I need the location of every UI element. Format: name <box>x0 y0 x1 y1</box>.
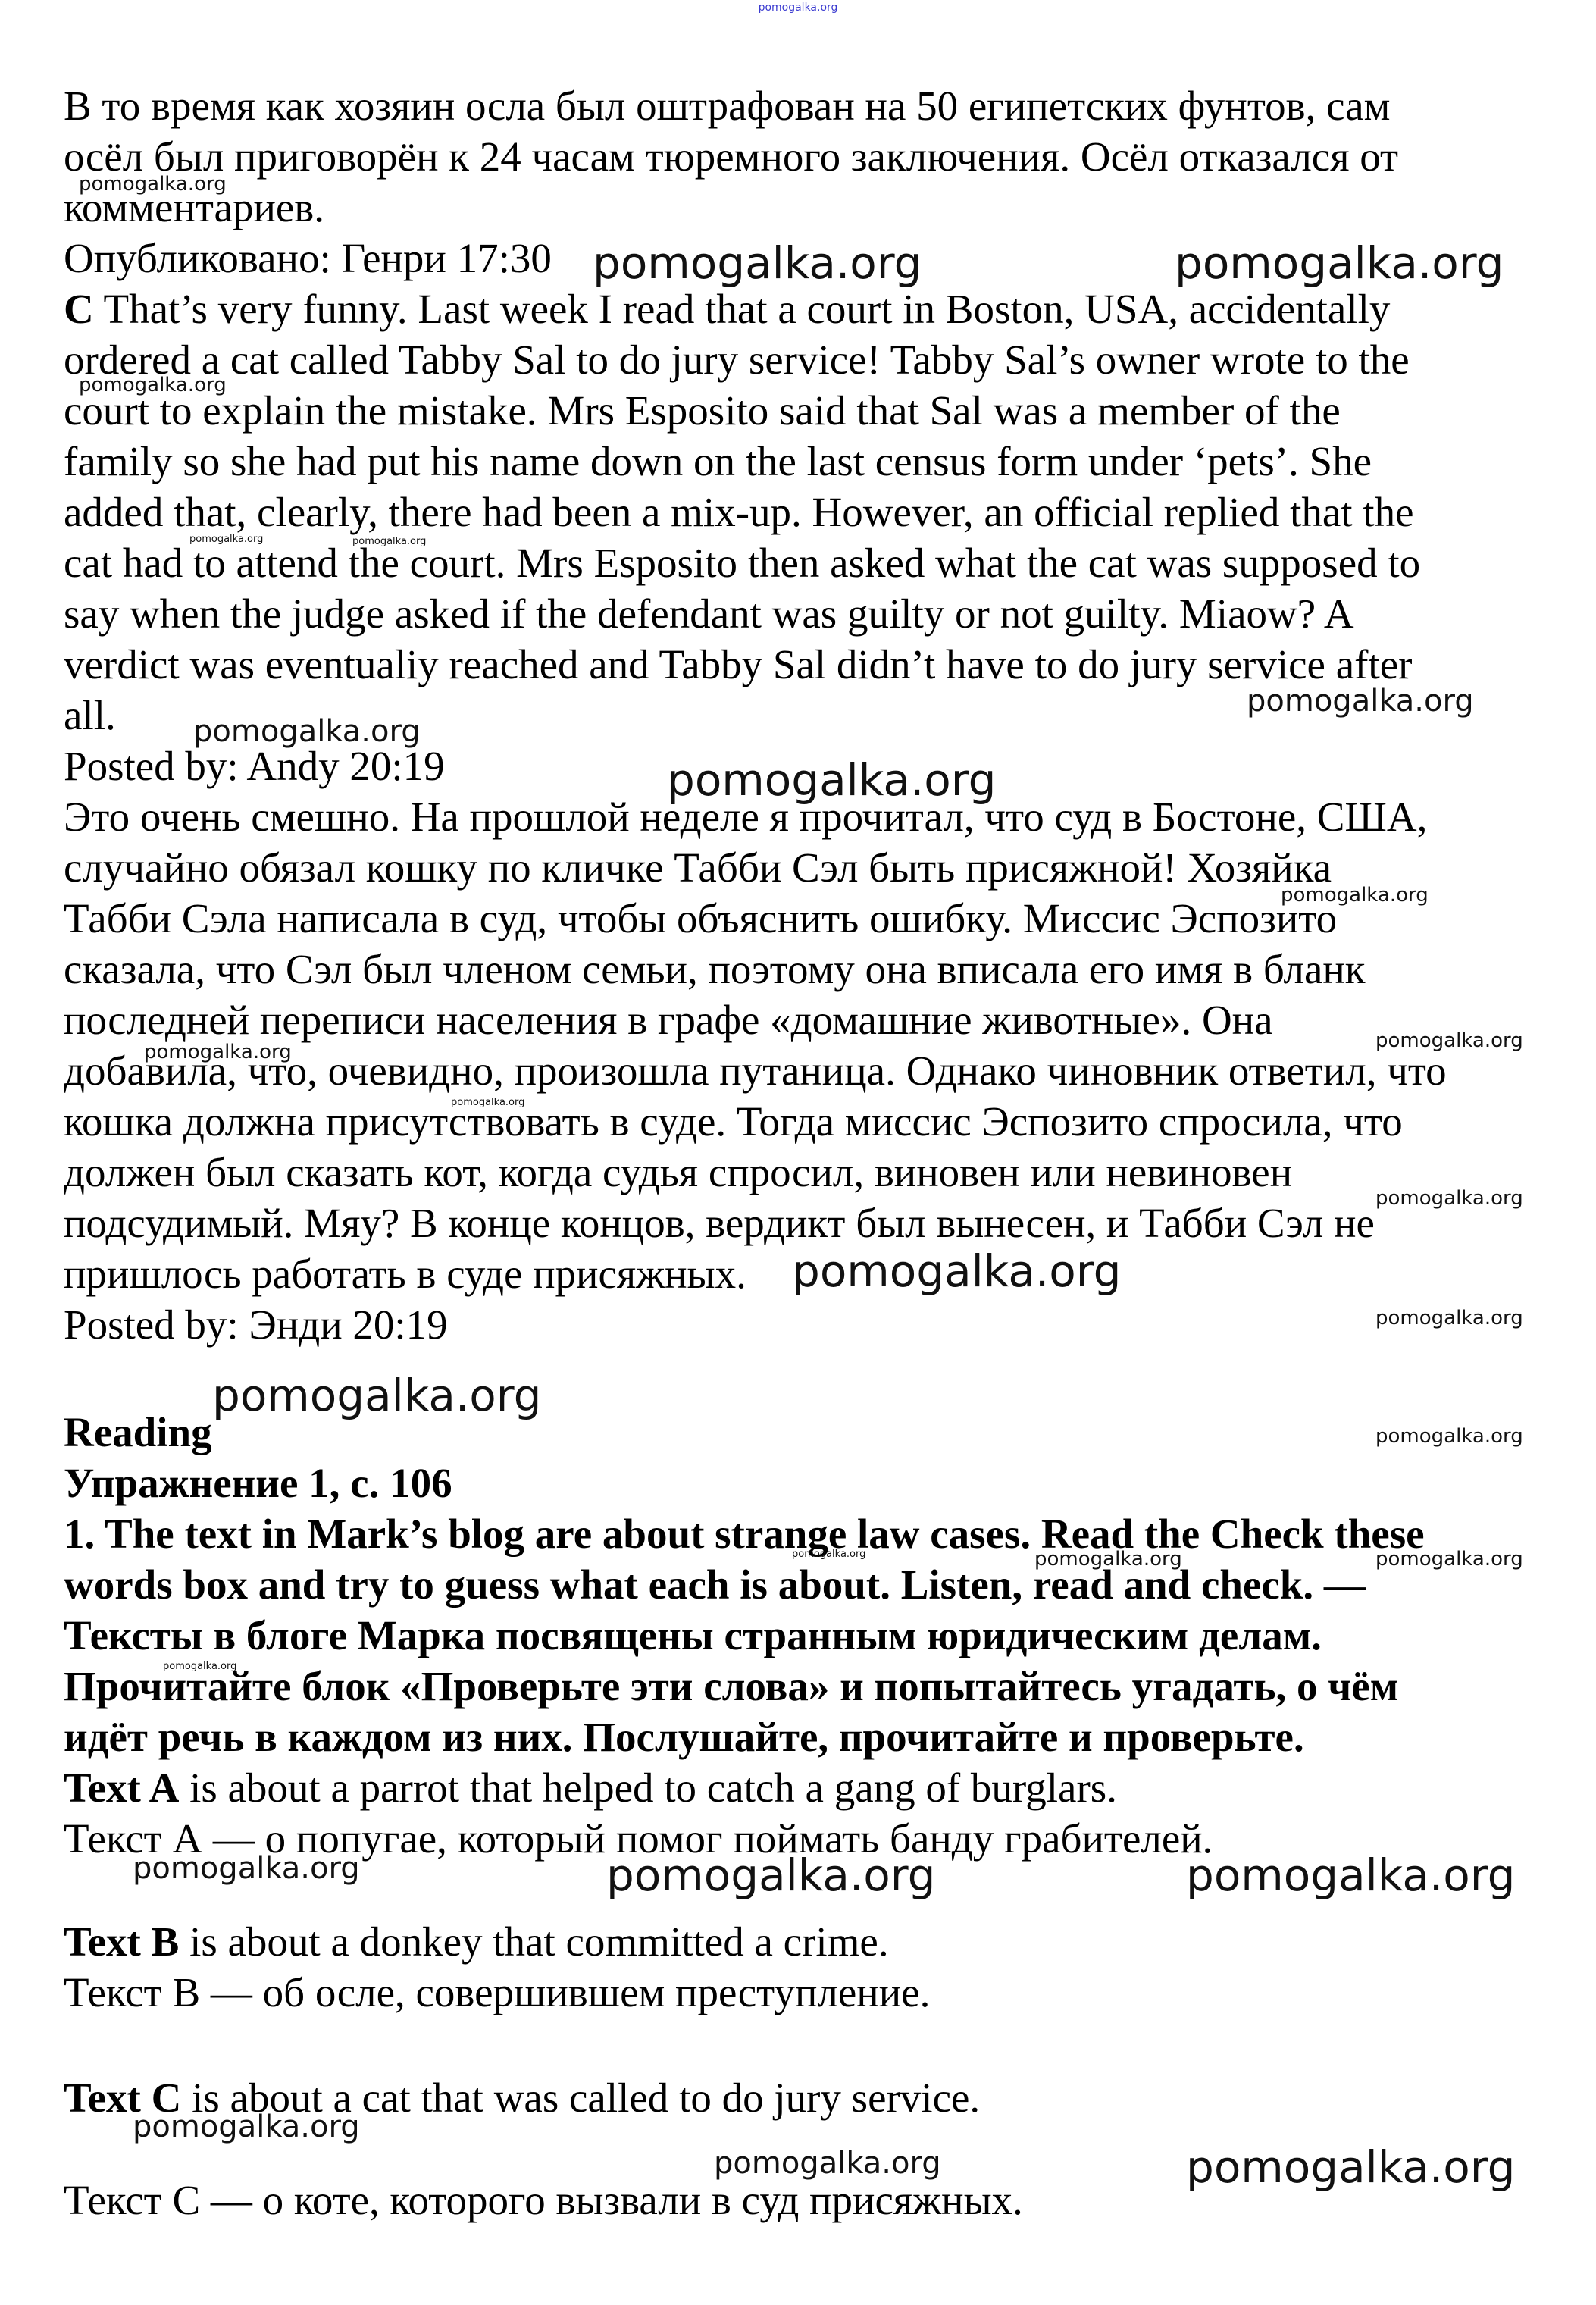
section-heading: Reading <box>64 1411 212 1453</box>
watermark: pomogalka.org <box>792 1249 1121 1293</box>
paragraph-line: случайно обязал кошку по кличке Табби Сэ… <box>64 847 1332 888</box>
post-signature: Опубликовано: Генри 17:30 <box>64 237 552 279</box>
paragraph-line: court to explain the mistake. Mrs Esposi… <box>64 390 1341 431</box>
paragraph-line: added that, clearly, there had been a mi… <box>64 491 1413 533</box>
watermark: pomogalka.org <box>1375 1189 1523 1208</box>
watermark: pomogalka.org <box>212 1373 541 1417</box>
post-signature: Posted by: Andy 20:19 <box>64 745 445 787</box>
answer-c-ru: Текст С — о коте, которого вызвали в суд… <box>64 2179 1023 2221</box>
task-line: 1. The text in Mark’s blog are about str… <box>64 1513 1425 1555</box>
watermark: pomogalka.org <box>1281 885 1429 905</box>
section-c-first-line: C That’s very funny. Last week I read th… <box>64 288 1390 330</box>
watermark: pomogalka.org <box>1247 686 1474 716</box>
watermark: pomogalka.org <box>1375 1031 1523 1051</box>
site-watermark-header: pomogalka.org <box>0 2 1596 14</box>
document-page: pomogalka.org В то время как хозяин осла… <box>0 0 1596 2305</box>
exercise-heading: Упражнение 1, с. 106 <box>64 1462 452 1504</box>
paragraph-line: сказала, что Сэл был членом семьи, поэто… <box>64 948 1366 990</box>
watermark: pomogalka.org <box>1175 241 1504 285</box>
watermark: pomogalka.org <box>133 1853 360 1884</box>
watermark: pomogalka.org <box>1375 1549 1523 1569</box>
watermark: pomogalka.org <box>163 1661 236 1671</box>
paragraph-line: осёл был приговорён к 24 часам тюремного… <box>64 136 1398 177</box>
watermark: pomogalka.org <box>144 1042 292 1062</box>
paragraph-line: должен был сказать кот, когда судья спро… <box>64 1151 1292 1193</box>
watermark: pomogalka.org <box>714 2148 941 2178</box>
watermark: pomogalka.org <box>1375 1427 1523 1446</box>
paragraph-line: verdict was eventualiy reached and Tabby… <box>64 644 1412 685</box>
paragraph-line: пришлось работать в суде присяжных. <box>64 1253 746 1295</box>
watermark: pomogalka.org <box>79 375 227 395</box>
watermark: pomogalka.org <box>189 534 263 544</box>
watermark: pomogalka.org <box>1186 1853 1515 1897</box>
task-line: Прочитайте блок «Проверьте эти слова» и … <box>64 1665 1398 1707</box>
watermark: pomogalka.org <box>792 1549 865 1559</box>
paragraph-line: ordered a cat called Tabby Sal to do jur… <box>64 339 1410 381</box>
section-label: C <box>64 286 94 332</box>
answer-b-en: Text B is about a donkey that committed … <box>64 1921 889 1962</box>
paragraph-line: последней переписи населения в графе «до… <box>64 999 1273 1041</box>
paragraph-line: кошка должна присутствовать в суде. Тогд… <box>64 1101 1403 1142</box>
paragraph-line: all. <box>64 694 116 736</box>
watermark: pomogalka.org <box>1034 1549 1182 1569</box>
watermark: pomogalka.org <box>193 716 421 747</box>
paragraph-line: say when the judge asked if the defendan… <box>64 593 1354 634</box>
watermark: pomogalka.org <box>133 2112 360 2142</box>
watermark: pomogalka.org <box>606 1853 935 1897</box>
answer-b-ru: Текст В — об осле, совершившем преступле… <box>64 1971 930 2013</box>
watermark: pomogalka.org <box>1186 2145 1515 2189</box>
paragraph-line: family so she had put his name down on t… <box>64 440 1372 482</box>
paragraph-line: подсудимый. Мяу? В конце концов, вердикт… <box>64 1202 1375 1244</box>
watermark: pomogalka.org <box>667 758 996 802</box>
paragraph-line: cat had to attend the court. Mrs Esposit… <box>64 542 1420 584</box>
watermark: pomogalka.org <box>593 241 922 285</box>
post-signature: Posted by: Энди 20:19 <box>64 1304 448 1345</box>
paragraph-line: В то время как хозяин осла был оштрафова… <box>64 85 1390 127</box>
paragraph-line: Табби Сэла написала в суд, чтобы объясни… <box>64 897 1337 939</box>
watermark: pomogalka.org <box>352 537 426 546</box>
task-line: Тексты в блоге Марка посвящены странным … <box>64 1614 1322 1656</box>
watermark: pomogalka.org <box>1375 1308 1523 1328</box>
watermark: pomogalka.org <box>79 174 227 194</box>
watermark: pomogalka.org <box>451 1098 524 1107</box>
task-line: идёт речь в каждом из них. Послушайте, п… <box>64 1716 1304 1758</box>
answer-a-en: Text A is about a parrot that helped to … <box>64 1767 1117 1809</box>
